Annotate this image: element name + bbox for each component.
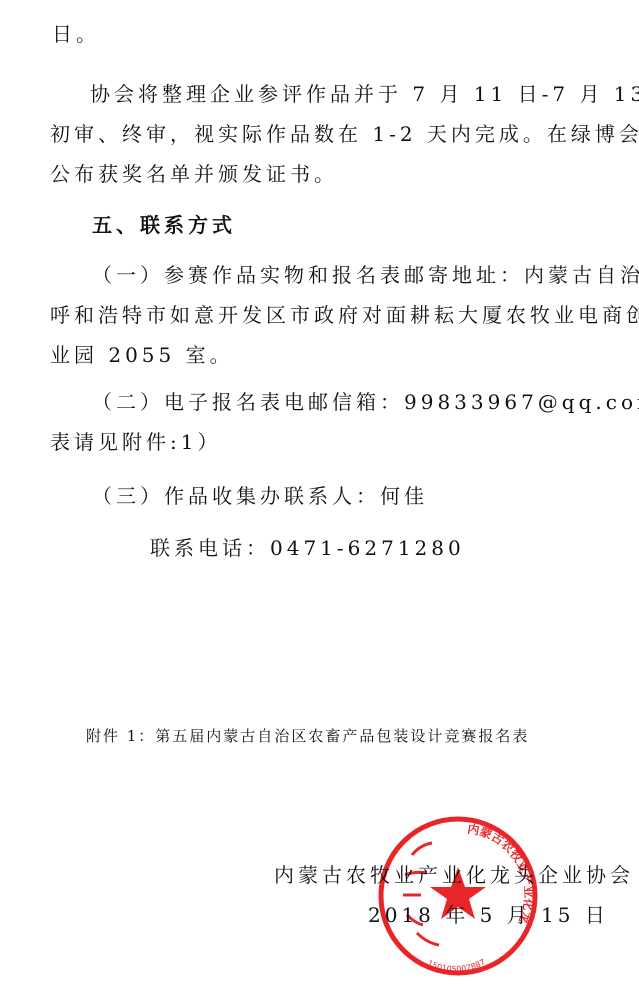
contact-item1-line3: 业园 2055 室。 [50,343,234,367]
contact-phone-line: 联系电话：0471-6271280 [150,536,465,560]
attachment-note: 附件 1：第五届内蒙古自治区农畜产品包装设计竞赛报名表 [86,724,529,748]
contact-item1-line2: 呼和浩特市如意开发区市政府对面耕耘大厦农牧业电商创 [50,303,639,327]
paragraph-review-line2: 初审、终审，视实际作品数在 1-2 天内完成。在绿博会期间 [50,122,639,146]
signature-date: 2018 年 5 月 15 日 [368,899,609,928]
official-seal-icon: 内蒙古农牧业产业化龙头企业协会 1501050078879 [377,815,539,977]
contact-item2-line2: 表请见附件:1） [50,430,221,454]
contact-item1-line1: （一）参赛作品实物和报名表邮寄地址：内蒙古自治区 [92,263,639,287]
paragraph-review-line1: 协会将整理企业参评作品并于 7 月 11 日-7 月 13 日，分 [90,82,639,106]
paragraph-review-line3: 公布获奖名单并颁发证书。 [50,162,338,186]
contact-item2-line1: （二）电子报名表电邮信箱：99833967@qq.com（报名 [92,390,639,414]
contact-item3-line1: （三）作品收集办联系人：何佳 [92,484,428,508]
paragraph-end-line: 日。 [52,22,100,46]
section-heading-contact: 五、联系方式 [92,213,236,237]
signature-organization: 内蒙古农牧业产业化龙头企业协会 [274,859,634,888]
